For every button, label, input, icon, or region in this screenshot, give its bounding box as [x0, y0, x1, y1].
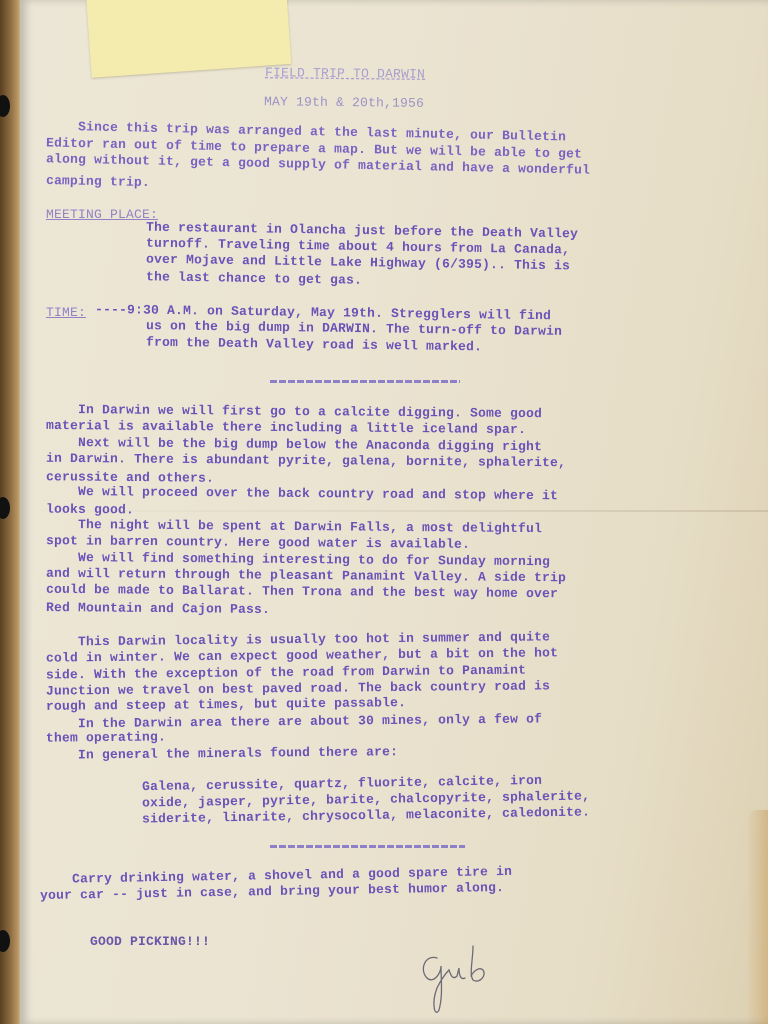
typed-line: In general the minerals found there are: [46, 744, 398, 763]
meeting-place-label: MEETING PLACE: [46, 207, 158, 222]
typed-line: the last chance to get gas. [146, 269, 362, 287]
typed-line: We will proceed over the back country ro… [46, 484, 558, 503]
typed-line: in Darwin. There is abundant pyrite, gal… [46, 451, 566, 471]
typed-line: spot in barren country. Here good water … [46, 533, 470, 552]
typed-line: In the Darwin area there are about 30 mi… [46, 711, 542, 731]
typed-line: camping trip. [46, 172, 150, 189]
handwritten-signature [415, 940, 525, 1020]
time-label: TIME: [46, 305, 86, 320]
section-divider [270, 380, 460, 383]
typed-line: cerussite and others. [46, 469, 214, 485]
document-title: FIELD TRIP TO DARWIN [265, 65, 425, 82]
typed-line: rough and steep at times, but quite pass… [46, 695, 406, 714]
document-date: MAY 19th & 20th,1956 [264, 94, 424, 111]
typed-line: Red Mountain and Cajon Pass. [46, 600, 270, 617]
sign-off: GOOD PICKING!!! [90, 934, 210, 949]
section-divider [270, 845, 465, 848]
typed-line: could be made to Ballarat. Then Trona an… [46, 582, 558, 601]
typed-line: looks good. [46, 502, 134, 518]
typed-line: them operating. [46, 729, 166, 745]
typed-line: from the Death Valley road is well marke… [146, 335, 482, 355]
typed-document: FIELD TRIP TO DARWIN MAY 19th & 20th,195… [0, 0, 768, 1024]
